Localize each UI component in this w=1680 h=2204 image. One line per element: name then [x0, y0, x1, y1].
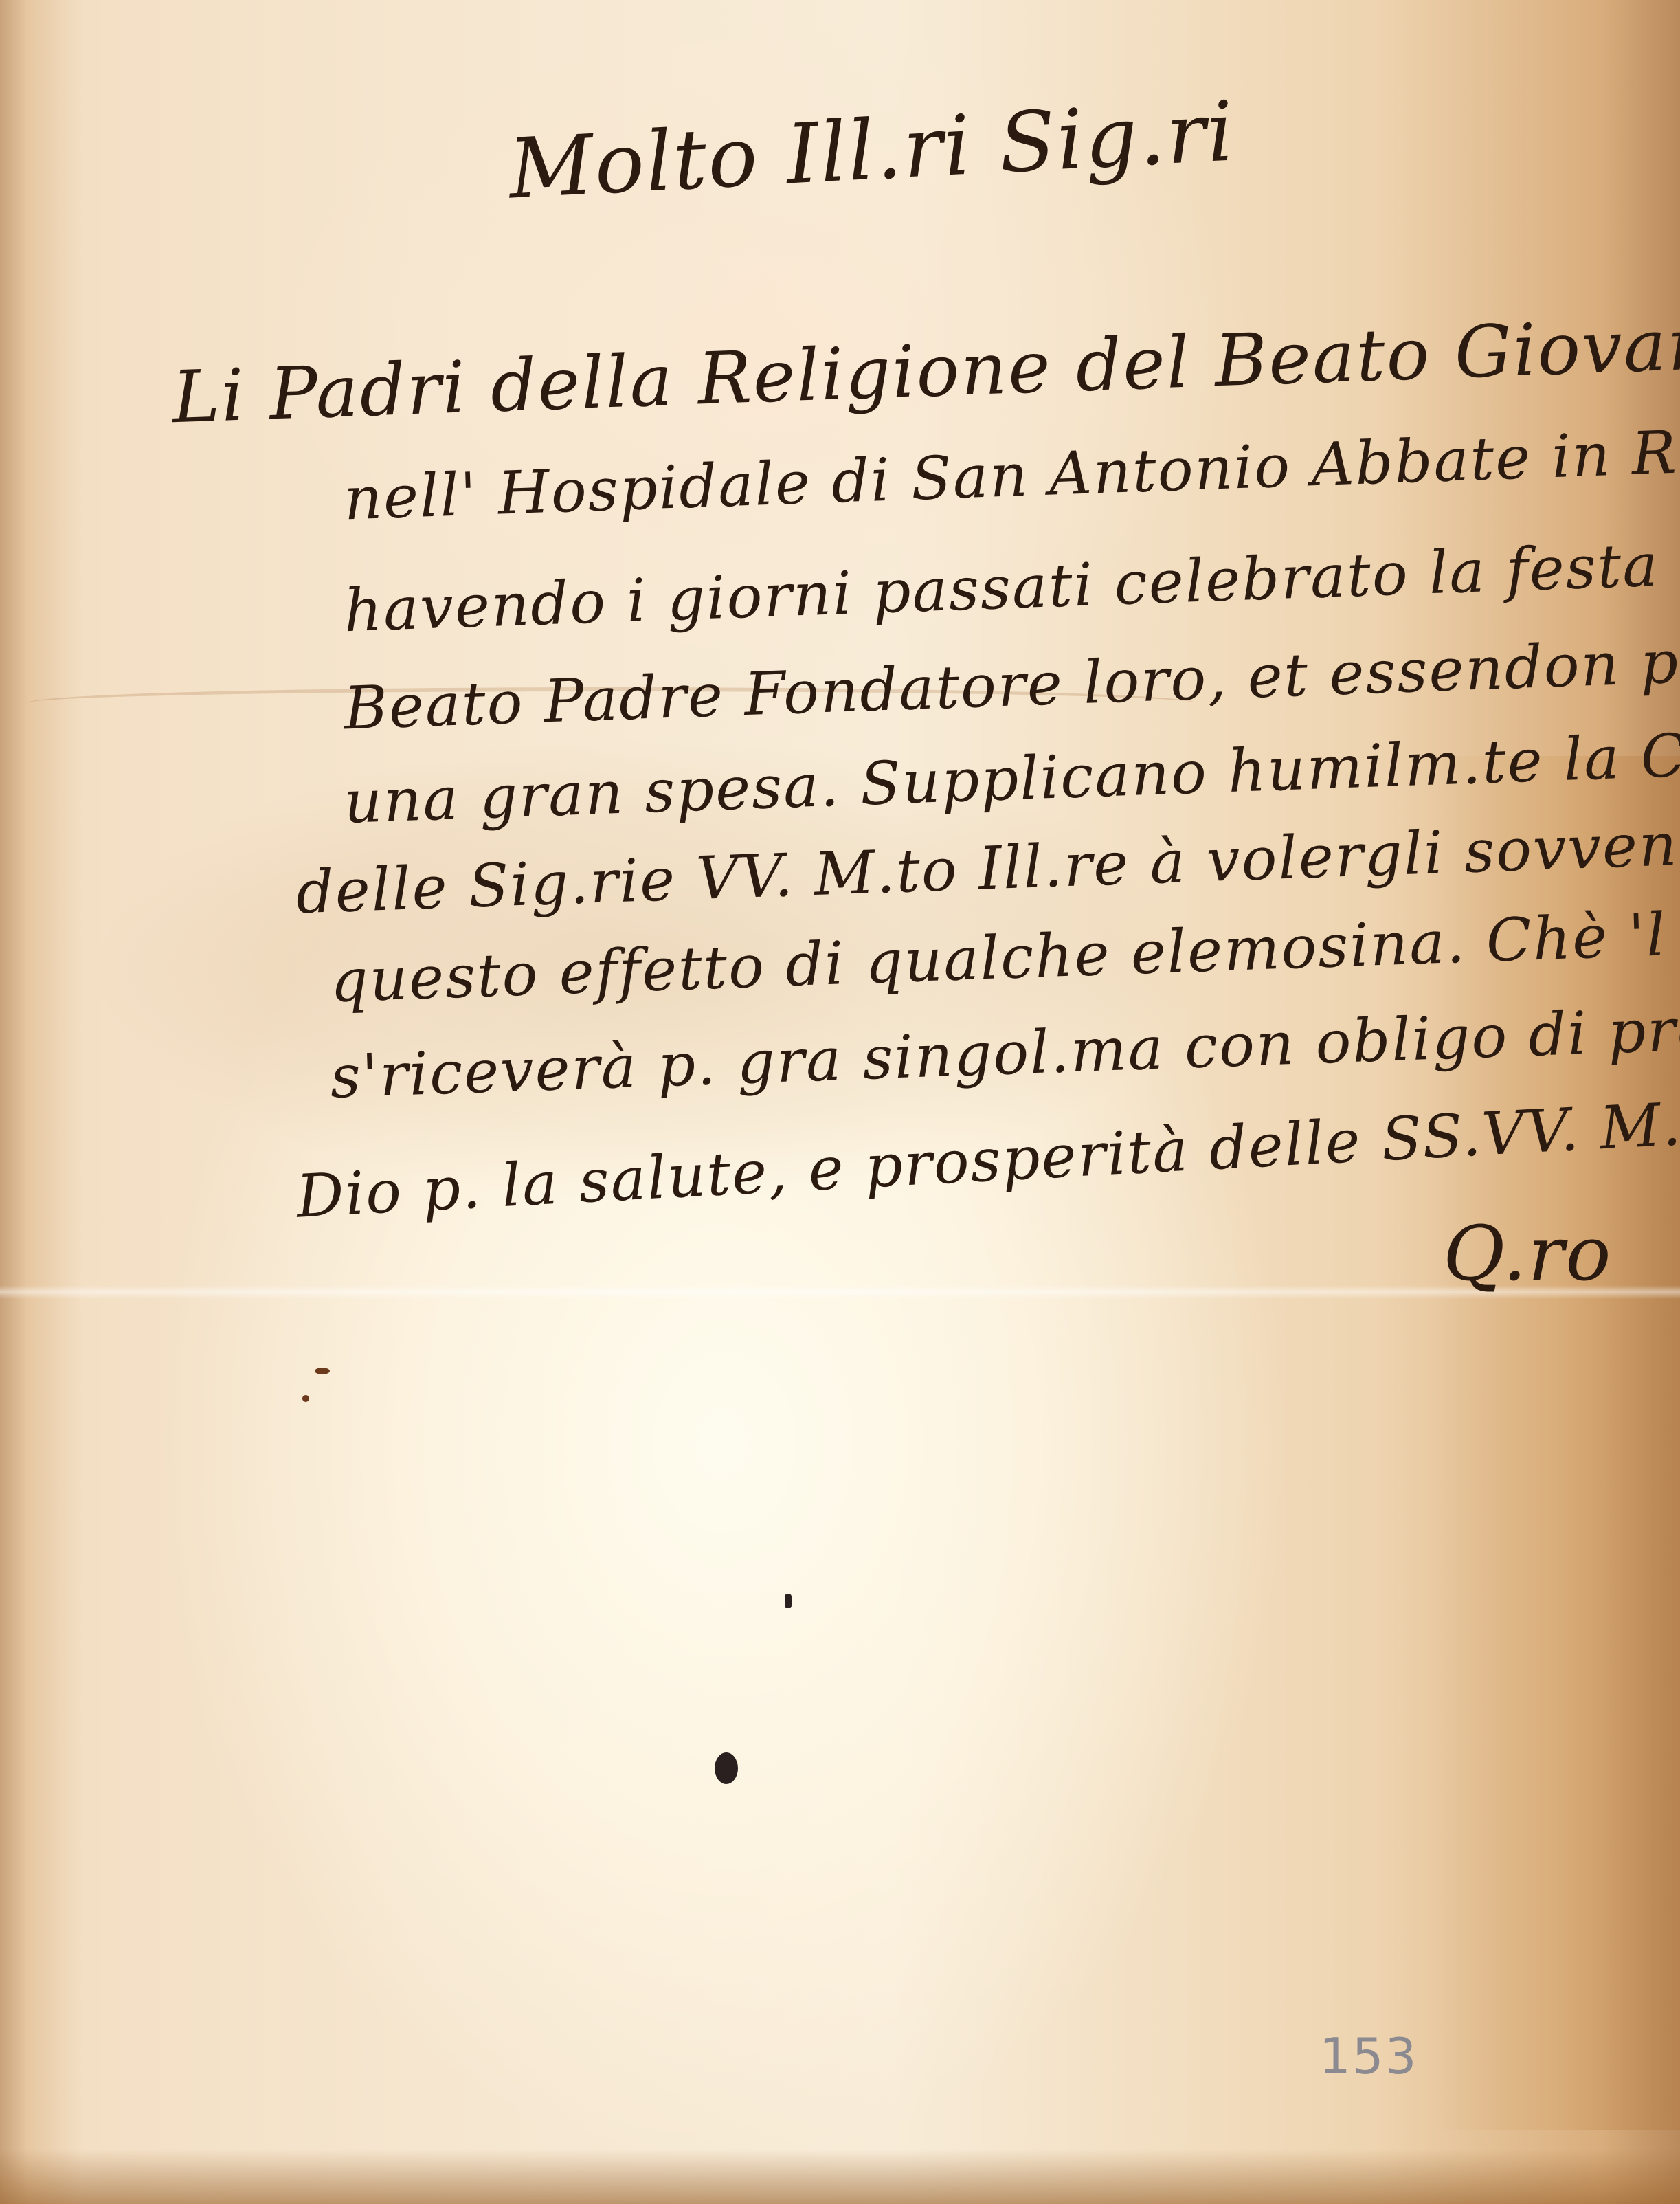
paper-hole: [715, 1752, 738, 1784]
body-line-1: Li Padri della Religione del Beato Giova…: [171, 291, 1680, 439]
ink-speck: [302, 1395, 309, 1402]
ink-speck: [315, 1368, 330, 1374]
body-line-3: havendo i giorni passati celebrato la fe…: [343, 523, 1680, 646]
folio-number: 153: [1319, 2027, 1418, 2085]
closing-flourish: Q.ro: [1443, 1210, 1612, 1298]
manuscript-page: Molto Ill.ri Sig.ri Li Padri della Relig…: [0, 0, 1680, 2204]
salutation: Molto Ill.ri Sig.ri: [506, 84, 1237, 217]
edge-discoloration-bottom: [0, 2149, 1680, 2204]
paper-hole-small: [785, 1594, 792, 1608]
paper-fold: [0, 1285, 1680, 1299]
body-line-2: nell' Hospidale di San Antonio Abbate in…: [343, 415, 1680, 534]
